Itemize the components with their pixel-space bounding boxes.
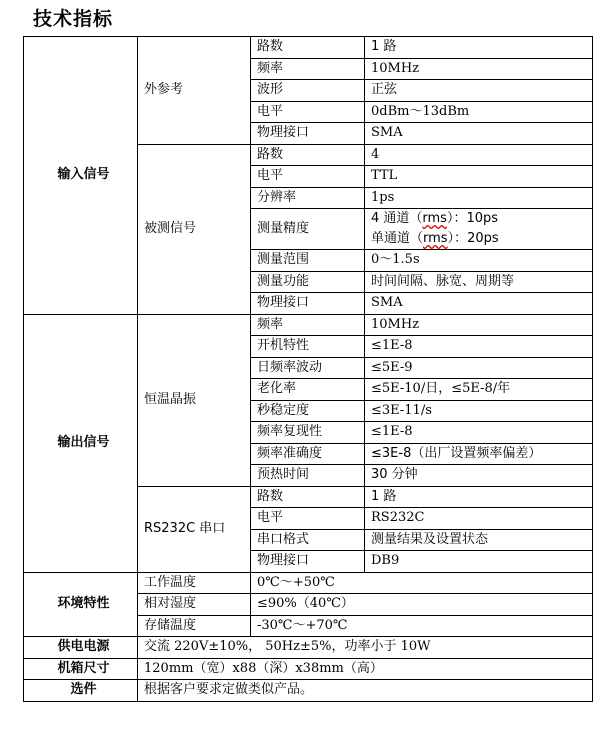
spec-key: 秒稳定度 [251,400,365,422]
spec-value: -30℃～+70℃ [251,615,593,637]
spellcheck-word: rms [422,211,447,226]
spec-key: 开机特性 [251,336,365,358]
spec-value: 120mm（宽）x88（深）x38mm（高） [138,658,593,680]
spec-value: ≤5E-10/日，≤5E-8/年 [365,379,593,401]
page-title: 技术指标 [33,4,113,31]
spec-key: 物理接口 [251,293,365,315]
spec-key: 相对湿度 [138,594,251,616]
spec-key: 物理接口 [251,551,365,573]
spec-value: RS232C [365,508,593,530]
text: ）：20ps [448,231,499,246]
spec-key: 电平 [251,508,365,530]
spec-value: TTL [365,166,593,188]
spec-value: 1 路 [365,486,593,508]
spec-key: 频率准确度 [251,443,365,465]
category-input-signal: 输入信号 [24,37,138,315]
table-row: 输入信号 外参考 路数 1 路 [24,37,593,59]
spec-key: 路数 [251,37,365,59]
precision-4ch: 4 通道（rms）：10ps [371,209,592,229]
spec-key: 路数 [251,144,365,166]
category-power-supply: 供电电源 [24,637,138,659]
spec-value: 根据客户要求定做类似产品。 [138,680,593,702]
spec-value: SMA [365,293,593,315]
spec-value: SMA [365,123,593,145]
spec-key: 电平 [251,166,365,188]
category-chassis-size: 机箱尺寸 [24,658,138,680]
category-output-signal: 输出信号 [24,314,138,572]
spec-key: 测量精度 [251,209,365,250]
spec-value: 30 分钟 [365,465,593,487]
group-measured-signal: 被测信号 [138,144,251,314]
group-ocxo: 恒温晶振 [138,314,251,486]
spec-value: DB9 [365,551,593,573]
spec-value: 测量结果及设置状态 [365,529,593,551]
spec-key: 工作温度 [138,572,251,594]
spec-key: 日频率波动 [251,357,365,379]
spec-value: 10MHz [365,314,593,336]
text: ）：10ps [447,211,498,226]
spellcheck-word: rms [423,231,448,246]
table-row: 供电电源 交流 220V±10%， 50Hz±5%，功率小于 10W [24,637,593,659]
spec-value: ≤90%（40℃） [251,594,593,616]
spec-key: 频率 [251,58,365,80]
category-options: 选件 [24,680,138,702]
spec-key: 测量功能 [251,271,365,293]
spec-key: 老化率 [251,379,365,401]
spec-value: 时间间隔、脉宽、周期等 [365,271,593,293]
spec-value: ≤5E-9 [365,357,593,379]
spec-key: 频率复现性 [251,422,365,444]
spec-value: 正弦 [365,80,593,102]
category-environment: 环境特性 [24,572,138,637]
spec-key: 串口格式 [251,529,365,551]
group-external-reference: 外参考 [138,37,251,145]
spec-value: ≤1E-8 [365,422,593,444]
spec-key: 电平 [251,101,365,123]
text: 4 通道（ [371,211,422,226]
spec-value: 0～1.5s [365,250,593,272]
spec-key: 物理接口 [251,123,365,145]
spec-value: 0dBm～13dBm [365,101,593,123]
spec-value: 1 路 [365,37,593,59]
spec-key: 波形 [251,80,365,102]
spec-value: ≤1E-8 [365,336,593,358]
table-row: 输出信号 恒温晶振 频率 10MHz [24,314,593,336]
spec-value: ≤3E-8（出厂设置频率偏差） [365,443,593,465]
spec-value: 交流 220V±10%， 50Hz±5%，功率小于 10W [138,637,593,659]
precision-single: 单通道（rms）：20ps [371,229,592,249]
table-row: 环境特性 工作温度 0℃～+50℃ [24,572,593,594]
spec-value: 0℃～+50℃ [251,572,593,594]
table-row: 机箱尺寸 120mm（宽）x88（深）x38mm（高） [24,658,593,680]
table-row: 选件 根据客户要求定做类似产品。 [24,680,593,702]
spec-value-precision: 4 通道（rms）：10ps 单通道（rms）：20ps [365,209,593,250]
spec-key: 测量范围 [251,250,365,272]
spec-table: 输入信号 外参考 路数 1 路 频率 10MHz 波形 正弦 电平 0dBm～1… [23,36,593,702]
spec-key: 频率 [251,314,365,336]
spec-key: 预热时间 [251,465,365,487]
spec-value: 1ps [365,187,593,209]
spec-value: 10MHz [365,58,593,80]
spec-key: 存储温度 [138,615,251,637]
spec-value: 4 [365,144,593,166]
text: 单通道（ [371,231,423,246]
spec-value: ≤3E-11/s [365,400,593,422]
group-rs232c: RS232C 串口 [138,486,251,572]
spec-key: 分辨率 [251,187,365,209]
spec-key: 路数 [251,486,365,508]
